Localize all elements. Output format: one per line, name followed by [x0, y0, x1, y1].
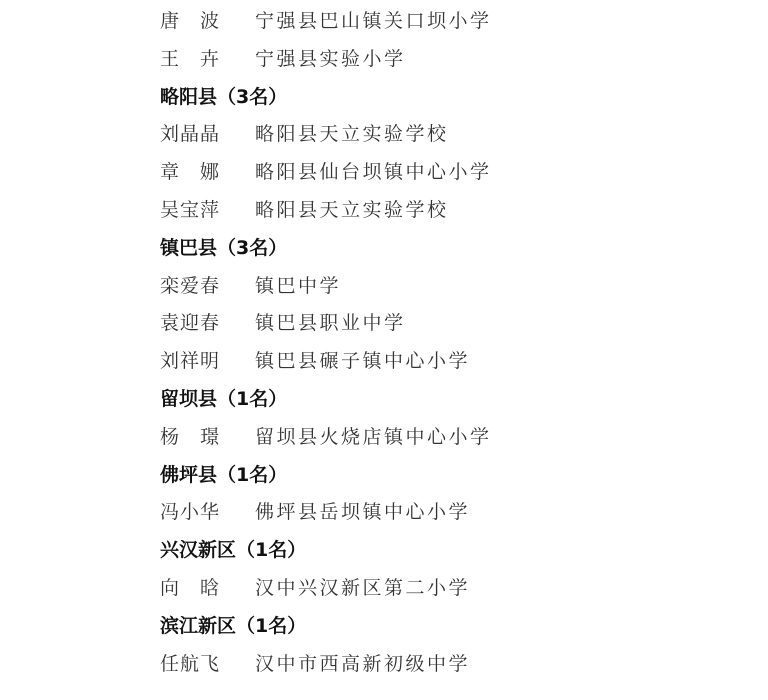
list-item: 栾爱春镇巴中学 [160, 268, 492, 306]
person-name: 栾爱春 [160, 268, 255, 306]
school-name: 宁强县巴山镇关口坝小学 [255, 3, 492, 41]
list-item: 向 晗汉中兴汉新区第二小学 [160, 570, 492, 608]
list-item: 任航飞汉中市西高新初级中学 [160, 646, 492, 684]
person-name: 向 晗 [160, 570, 255, 608]
school-name: 汉中市西高新初级中学 [255, 646, 470, 684]
list-item: 吴宝萍略阳县天立实验学校 [160, 192, 492, 230]
school-name: 略阳县天立实验学校 [255, 192, 449, 230]
list-item: 刘祥明镇巴县碾子镇中心小学 [160, 343, 492, 381]
list-item: 唐 波宁强县巴山镇关口坝小学 [160, 3, 492, 41]
list-item: 杨 璟留坝县火烧店镇中心小学 [160, 419, 492, 457]
list-item: 王 卉宁强县实验小学 [160, 41, 492, 79]
school-name: 镇巴中学 [255, 268, 341, 306]
person-name: 吴宝萍 [160, 192, 255, 230]
school-name: 略阳县仙台坝镇中心小学 [255, 154, 492, 192]
person-name: 刘祥明 [160, 343, 255, 381]
school-name: 略阳县天立实验学校 [255, 116, 449, 154]
list-item: 袁迎春镇巴县职业中学 [160, 305, 492, 343]
section-heading-lueyang: 略阳县（3名） [160, 79, 492, 117]
section-heading-foping: 佛坪县（1名） [160, 457, 492, 495]
school-name: 宁强县实验小学 [255, 41, 406, 79]
person-name: 王 卉 [160, 41, 255, 79]
school-name: 汉中兴汉新区第二小学 [255, 570, 470, 608]
person-name: 唐 波 [160, 3, 255, 41]
section-heading-binjiang: 滨江新区（1名） [160, 608, 492, 646]
list-item: 章 娜略阳县仙台坝镇中心小学 [160, 154, 492, 192]
section-heading-liuba: 留坝县（1名） [160, 381, 492, 419]
list-item: 刘晶晶略阳县天立实验学校 [160, 116, 492, 154]
list-item: 冯小华佛坪县岳坝镇中心小学 [160, 494, 492, 532]
person-name: 袁迎春 [160, 305, 255, 343]
person-name: 杨 璟 [160, 419, 255, 457]
section-heading-zhenba: 镇巴县（3名） [160, 230, 492, 268]
person-name: 任航飞 [160, 646, 255, 684]
school-name: 镇巴县碾子镇中心小学 [255, 343, 470, 381]
person-name: 刘晶晶 [160, 116, 255, 154]
person-name: 章 娜 [160, 154, 255, 192]
school-name: 佛坪县岳坝镇中心小学 [255, 494, 470, 532]
person-name: 冯小华 [160, 494, 255, 532]
school-name: 留坝县火烧店镇中心小学 [255, 419, 492, 457]
section-heading-xinghan: 兴汉新区（1名） [160, 532, 492, 570]
award-list-document: 唐 波宁强县巴山镇关口坝小学 王 卉宁强县实验小学 略阳县（3名） 刘晶晶略阳县… [160, 3, 492, 683]
school-name: 镇巴县职业中学 [255, 305, 406, 343]
